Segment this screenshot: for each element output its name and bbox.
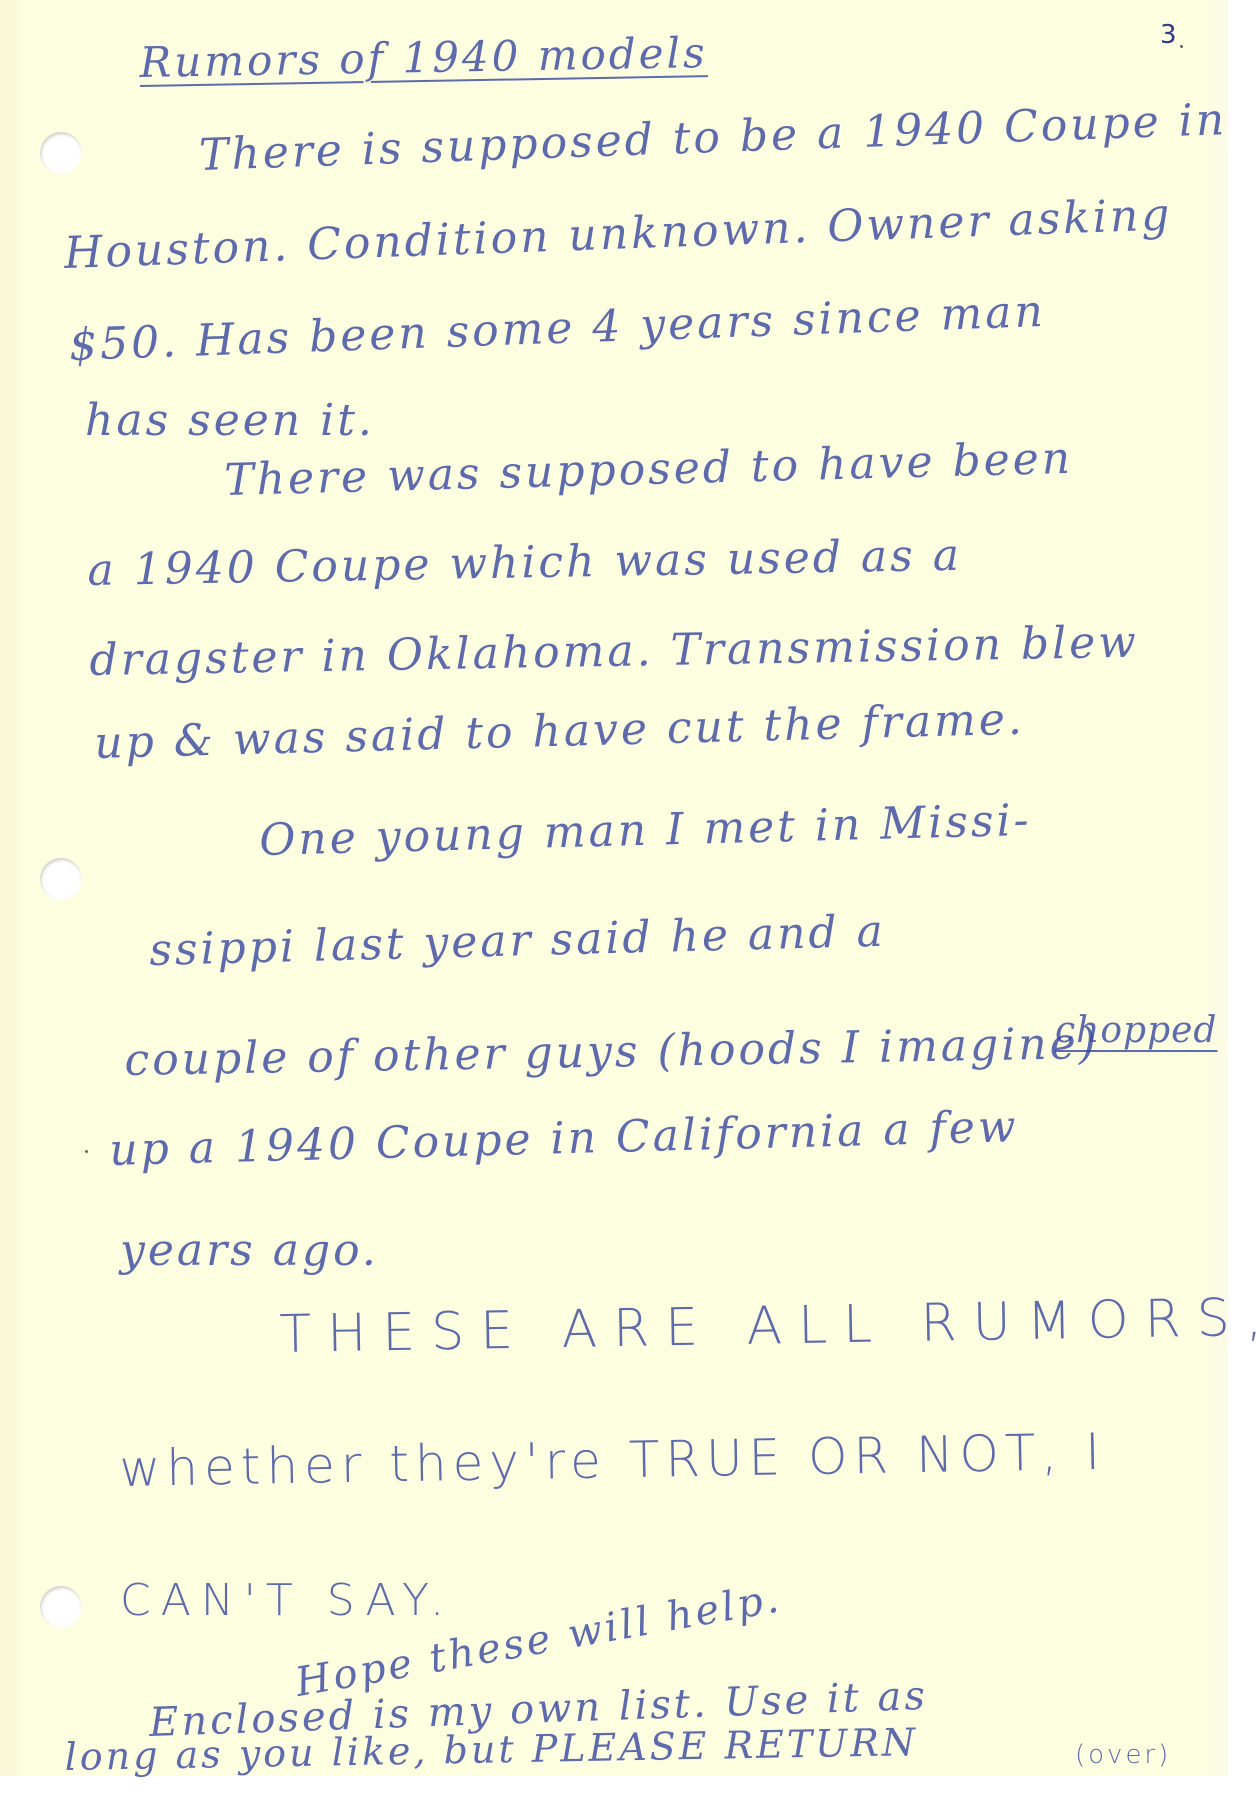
paragraph-3-line-3: couple of other guys (hoods I imagine) [124,1018,1099,1086]
paragraph-1-line-1: There is supposed to be a 1940 Coupe in [198,94,1228,181]
emphasis-line-2: whether they're TRUE OR NOT, I [119,1423,1106,1498]
paragraph-1-line-4: has seen it. [85,395,375,446]
paragraph-2-line-4: up & was said to have cut the frame. [94,694,1026,769]
document-title: Rumors of 1940 models [139,28,708,87]
paragraph-1-line-3: $50. Has been some 4 years since man [68,286,1046,371]
stray-mark [85,1150,88,1153]
paragraph-3-line-4: up a 1940 Coupe in California a few [109,1101,1019,1176]
emphasis-line-1: THESE ARE ALL RUMORS, [279,1288,1256,1365]
emphasis-line-3: CAN'T SAY. [120,1575,454,1626]
paragraph-2-line-2: a 1940 Coupe which was used as a [87,530,962,596]
over-note: (over) [1075,1740,1171,1770]
paragraph-2-line-3: dragster in Oklahoma. Transmission blew [89,617,1139,686]
paragraph-3-line-1: One young man I met in Missi- [259,795,1032,866]
paragraph-3-line-5: years ago. [120,1225,379,1276]
paragraph-1-line-2: Houston. Condition unknown. Owner asking [63,189,1173,279]
paragraph-3-line-2: ssippi last year said he and a [149,906,887,976]
page-number: 3 [1160,20,1177,50]
punch-hole-top [40,132,82,174]
paragraph-3-underlined-word: chopped [1055,1010,1217,1051]
stray-mark [1180,45,1183,48]
punch-hole-middle [40,858,82,900]
punch-hole-bottom [40,1586,82,1628]
letter-page: 3 Rumors of 1940 models There is suppose… [0,0,1228,1776]
